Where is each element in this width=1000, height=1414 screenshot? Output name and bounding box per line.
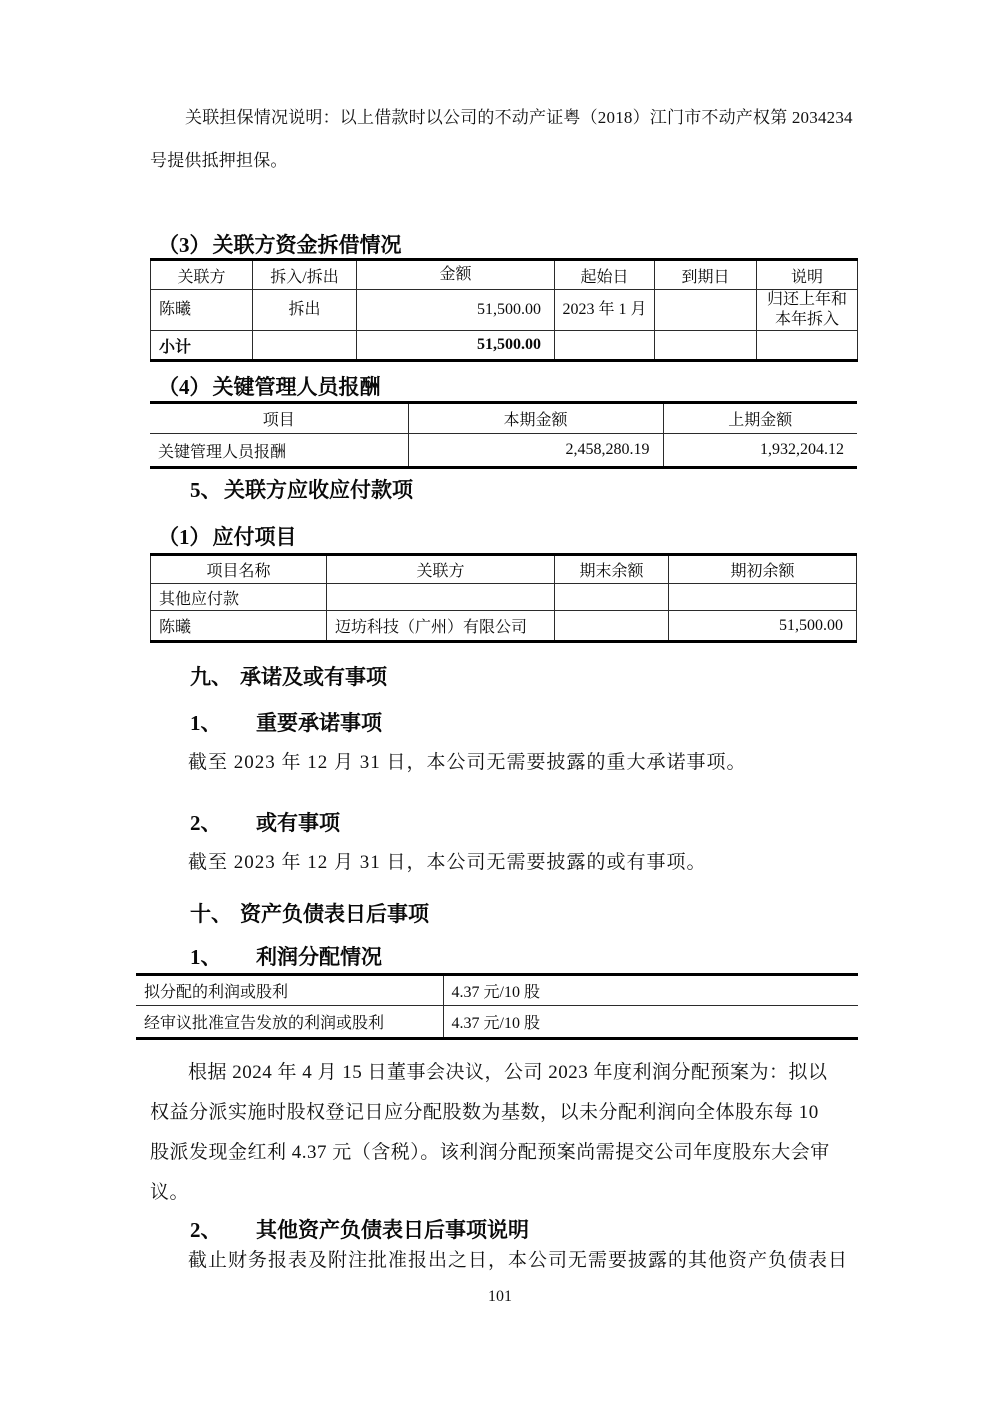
compensation-table: 项目 本期金额 上期金额 关键管理人员报酬 2,458,280.19 1,932…: [150, 401, 857, 469]
table-cell: 51,500.00: [669, 611, 857, 642]
commitment-note-paragraph: 截至 2023 年 12 月 31 日，本公司无需要披露的重大承诺事项。: [150, 741, 857, 784]
heading-related-lending: （3）关联方资金拆借情况: [158, 232, 857, 258]
contingency-note-paragraph: 截至 2023 年 12 月 31 日，本公司无需要披露的或有事项。: [150, 841, 857, 884]
heading-number: 2、: [190, 810, 256, 836]
table-cell: [555, 611, 669, 642]
heading-title: 承诺及或有事项: [240, 665, 387, 689]
table-cell: 拆出: [253, 290, 357, 331]
table-row: 关键管理人员报酬 2,458,280.19 1,932,204.12: [150, 434, 857, 468]
table-cell: 小计: [151, 331, 253, 361]
heading-contingencies: 2、或有事项: [190, 810, 857, 836]
table-cell: [555, 331, 655, 361]
table-cell: [757, 331, 858, 361]
heading-profit-distribution: 1、利润分配情况: [190, 944, 857, 970]
table-cell: 1,932,204.12: [663, 434, 857, 468]
payable-table: 项目名称 关联方 期末余额 期初余额 其他应付款 陈曦 迈坊科技（广州）有限公司…: [150, 553, 857, 643]
table-cell: [655, 331, 757, 361]
table-cell: [655, 290, 757, 331]
header-cell: 到期日: [655, 260, 757, 290]
table-cell: 51,500.00: [357, 290, 555, 331]
page-number: 101: [0, 1288, 1000, 1306]
table-cell: 拟分配的利润或股利: [136, 975, 443, 1006]
header-cell: 项目: [150, 403, 408, 434]
distribution-plan-paragraph: 根据 2024 年 4 月 15 日董事会决议，公司 2023 年度利润分配预案…: [150, 1053, 857, 1213]
table-row: 陈曦 拆出 51,500.00 2023 年 1 月 归还上年和 本年拆入: [151, 290, 858, 331]
heading-title: 其他资产负债表日后事项说明: [256, 1218, 529, 1242]
heading-number: 1、: [190, 944, 256, 970]
heading-payable-items: （1）应付项目: [158, 524, 857, 550]
table-cell: 迈坊科技（广州）有限公司: [327, 611, 555, 642]
table-cell: 归还上年和 本年拆入: [757, 290, 858, 331]
table-cell: 2,458,280.19: [408, 434, 663, 468]
heading-commitments-contingencies: 九、承诺及或有事项: [190, 664, 857, 690]
header-cell: 金额: [357, 260, 555, 290]
header-cell: 关联方: [327, 555, 555, 584]
header-cell: 期末余额: [555, 555, 669, 584]
table-cell: 陈曦: [151, 611, 327, 642]
table-header-row: 关联方 拆入/拆出 金额 起始日 到期日 说明: [151, 260, 858, 290]
header-cell: 起始日: [555, 260, 655, 290]
table-row: 其他应付款: [151, 584, 857, 611]
heading-other-post-balance-events: 2、其他资产负债表日后事项说明: [190, 1217, 857, 1243]
table-cell: 2023 年 1 月: [555, 290, 655, 331]
heading-title: 资产负债表日后事项: [240, 902, 429, 926]
heading-important-commitments: 1、重要承诺事项: [190, 710, 857, 736]
other-events-paragraph: 截止财务报表及附注批准报出之日，本公司无需要披露的其他资产负债表日: [150, 1245, 857, 1277]
heading-title: 利润分配情况: [256, 945, 382, 969]
table-cell: 4.37 元/10 股: [443, 975, 858, 1006]
table-cell: 经审议批准宣告发放的利润或股利: [136, 1006, 443, 1039]
page-content: 关联担保情况说明：以上借款时以公司的不动产证粤（2018）江门市不动产权第 20…: [150, 96, 857, 1277]
table-cell: [555, 584, 669, 611]
heading-number: 5、: [190, 477, 224, 503]
heading-key-management-compensation: （4）关键管理人员报酬: [158, 374, 857, 400]
header-cell: 关联方: [151, 260, 253, 290]
header-cell: 项目名称: [151, 555, 327, 584]
table-row: 拟分配的利润或股利 4.37 元/10 股: [136, 975, 858, 1006]
table-cell: 4.37 元/10 股: [443, 1006, 858, 1039]
guarantee-note-paragraph: 关联担保情况说明：以上借款时以公司的不动产证粤（2018）江门市不动产权第 20…: [150, 96, 857, 182]
profit-distribution-table: 拟分配的利润或股利 4.37 元/10 股 经审议批准宣告发放的利润或股利 4.…: [136, 973, 858, 1040]
related-lending-table: 关联方 拆入/拆出 金额 起始日 到期日 说明 陈曦 拆出 51,500.00 …: [150, 258, 858, 362]
header-cell: 本期金额: [408, 403, 663, 434]
heading-number: 1、: [190, 710, 256, 736]
table-cell: [253, 331, 357, 361]
heading-number: （4）: [158, 374, 211, 400]
heading-title: 关联方应收应付款项: [224, 478, 413, 502]
header-cell: 说明: [757, 260, 858, 290]
table-cell: 其他应付款: [151, 584, 327, 611]
heading-title: 应付项目: [213, 525, 297, 549]
heading-number: （1）: [158, 524, 211, 550]
table-header-row: 项目 本期金额 上期金额: [150, 403, 857, 434]
table-row: 经审议批准宣告发放的利润或股利 4.37 元/10 股: [136, 1006, 858, 1039]
heading-number: （3）: [158, 232, 211, 258]
header-cell: 上期金额: [663, 403, 857, 434]
table-cell: 51,500.00: [357, 331, 555, 361]
table-row: 陈曦 迈坊科技（广州）有限公司 51,500.00: [151, 611, 857, 642]
table-cell: [669, 584, 857, 611]
heading-post-balance-sheet-events: 十、资产负债表日后事项: [190, 901, 857, 927]
heading-related-balances: 5、关联方应收应付款项: [190, 477, 857, 503]
heading-title: 或有事项: [256, 811, 340, 835]
heading-number: 十、: [190, 901, 240, 927]
heading-number: 2、: [190, 1217, 256, 1243]
table-cell: 关键管理人员报酬: [150, 434, 408, 468]
heading-number: 九、: [190, 664, 240, 690]
document-page: 关联担保情况说明：以上借款时以公司的不动产证粤（2018）江门市不动产权第 20…: [0, 0, 1000, 1414]
table-total-row: 小计 51,500.00: [151, 331, 858, 361]
heading-title: 关联方资金拆借情况: [213, 233, 402, 257]
header-cell: 期初余额: [669, 555, 857, 584]
table-header-row: 项目名称 关联方 期末余额 期初余额: [151, 555, 857, 584]
heading-title: 重要承诺事项: [256, 711, 382, 735]
heading-title: 关键管理人员报酬: [213, 375, 381, 399]
header-cell: 拆入/拆出: [253, 260, 357, 290]
table-cell: 陈曦: [151, 290, 253, 331]
table-cell: [327, 584, 555, 611]
